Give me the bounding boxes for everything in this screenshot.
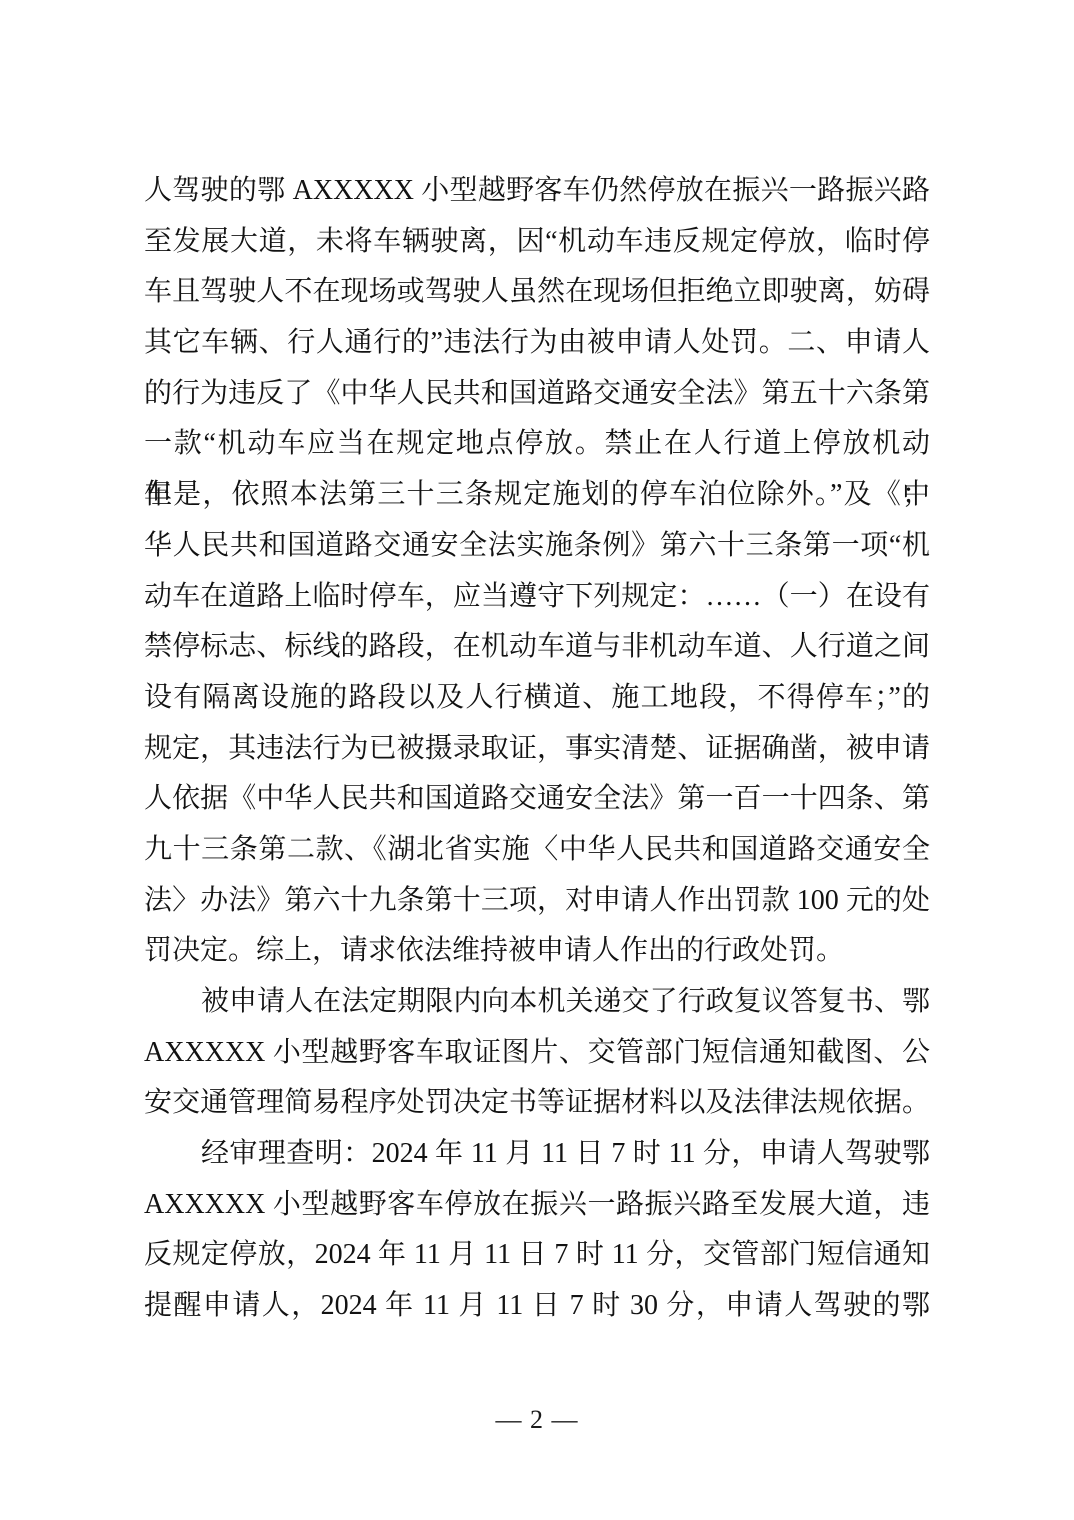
text-line: 人依据《中华人民共和国道路交通安全法》第一百一十四条、第 (144, 774, 930, 825)
text-line: AXXXXX 小型越野客车取证图片、交管部门短信通知截图、公 (144, 1028, 930, 1079)
text-line: 经审理查明：2024 年 11 月 11 日 7 时 11 分，申请人驾驶鄂 (144, 1129, 930, 1180)
text-line: 人驾驶的鄂 AXXXXX 小型越野客车仍然停放在振兴一路振兴路 (144, 166, 930, 217)
text-line: AXXXXX 小型越野客车停放在振兴一路振兴路至发展大道，违 (144, 1180, 930, 1231)
text-line: 至发展大道，未将车辆驶离，因“机动车违反规定停放，临时停 (144, 217, 930, 268)
text-line: 提醒申请人，2024 年 11 月 11 日 7 时 30 分，申请人驾驶的鄂 (144, 1281, 930, 1332)
text-line: 华人民共和国道路交通安全法实施条例》第六十三条第一项“机 (144, 521, 930, 572)
text-line: 但是，依照本法第三十三条规定施划的停车泊位除外。”及《中 (144, 470, 930, 521)
text-line: 安交通管理简易程序处罚决定书等证据材料以及法律法规依据。 (144, 1078, 930, 1129)
text-line: 一款“机动车应当在规定地点停放。禁止在人行道上停放机动车； (144, 419, 930, 470)
page-footer: — 2 — (0, 1400, 1074, 1440)
document-page: 人驾驶的鄂 AXXXXX 小型越野客车仍然停放在振兴一路振兴路至发展大道，未将车… (0, 0, 1074, 1520)
page-number: — 2 — (496, 1405, 579, 1434)
text-line: 被申请人在法定期限内向本机关递交了行政复议答复书、鄂 (144, 977, 930, 1028)
text-line: 车且驾驶人不在现场或驾驶人虽然在现场但拒绝立即驶离，妨碍 (144, 267, 930, 318)
text-line: 的行为违反了《中华人民共和国道路交通安全法》第五十六条第 (144, 369, 930, 420)
text-line: 反规定停放，2024 年 11 月 11 日 7 时 11 分，交管部门短信通知 (144, 1230, 930, 1281)
text-line: 九十三条第二款、《湖北省实施〈中华人民共和国道路交通安全 (144, 825, 930, 876)
text-line: 其它车辆、行人通行的”违法行为由被申请人处罚。二、申请人 (144, 318, 930, 369)
text-line: 规定，其违法行为已被摄录取证，事实清楚、证据确凿，被申请 (144, 724, 930, 775)
text-line: 动车在道路上临时停车，应当遵守下列规定：……（一）在设有 (144, 572, 930, 623)
text-line: 罚决定。综上，请求依法维持被申请人作出的行政处罚。 (144, 926, 930, 977)
text-line: 禁停标志、标线的路段，在机动车道与非机动车道、人行道之间 (144, 622, 930, 673)
document-body-text: 人驾驶的鄂 AXXXXX 小型越野客车仍然停放在振兴一路振兴路至发展大道，未将车… (144, 166, 930, 1332)
text-line: 法〉办法》第六十九条第十三项，对申请人作出罚款 100 元的处 (144, 876, 930, 927)
text-line: 设有隔离设施的路段以及人行横道、施工地段，不得停车；”的 (144, 673, 930, 724)
